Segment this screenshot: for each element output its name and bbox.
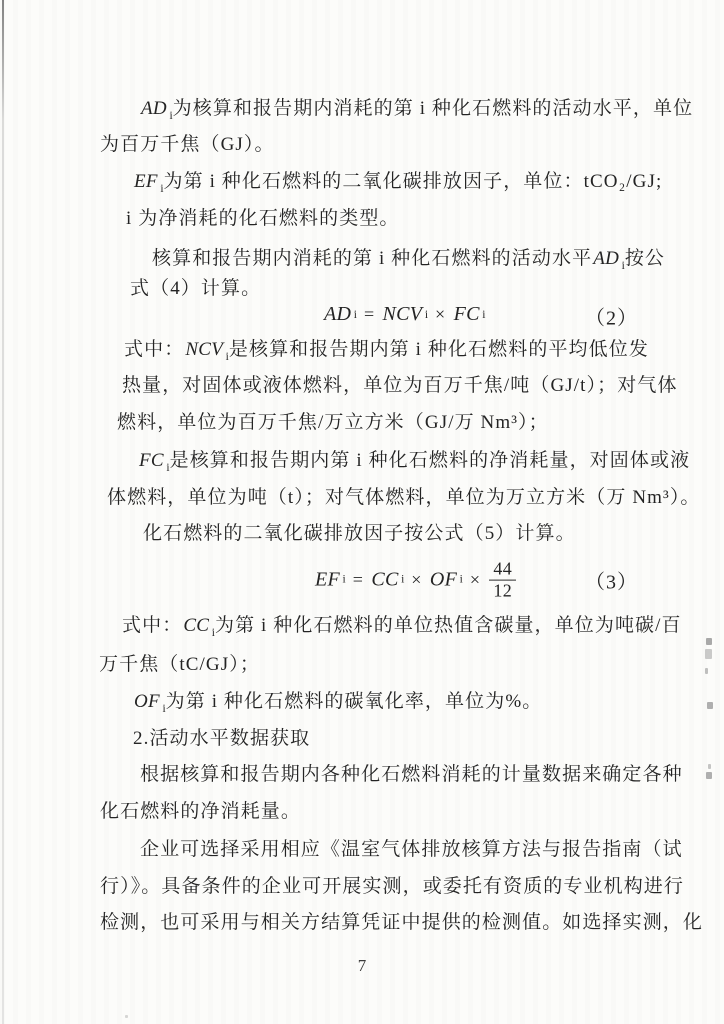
scan-artifact xyxy=(708,764,711,769)
variable-of: OF xyxy=(134,691,160,712)
formula-activity-level: ADi=NCVi×FCi （2） xyxy=(0,303,724,329)
scan-artifact xyxy=(125,1015,128,1018)
section-heading-activity-data: 2.活动水平数据获取 xyxy=(133,727,310,751)
formula-emission-factor: EFi=CCi×OFi×4412 （3） xyxy=(0,552,724,608)
equation-number-2: （2） xyxy=(585,302,638,331)
text-line-enterprise-1: 企业可选择采用相应《温室气体排放核算方法与报告指南（试 xyxy=(140,838,683,862)
variable-ad: AD xyxy=(141,98,167,119)
text-line-of: OFi为第 i 种化石燃料的碳氧化率，单位为%。 xyxy=(133,690,542,714)
text-line-ad-formula-intro: 核算和报告期内消耗的第 i 种化石燃料的活动水平ADi按公 xyxy=(152,247,665,271)
equation-number-3: （3） xyxy=(585,566,638,595)
text-line-ad-formula-intro-2: 式（4）计算。 xyxy=(130,277,261,301)
scan-artifact xyxy=(706,638,712,645)
text-line-enterprise-2: 行）》。具备条件的企业可开展实测，或委托有资质的专业机构进行 xyxy=(100,875,684,899)
text-line-data-2: 化石燃料的净消耗量。 xyxy=(100,800,301,824)
text-line-ef-definition: EFi为第 i 种化石燃料的二氧化碳排放因子，单位：tCO₂/GJ; xyxy=(133,170,662,194)
variable-ad: AD xyxy=(593,248,619,269)
text-line-cc-1: 式中：CCi为第 i 种化石燃料的单位热值含碳量，单位为吨碳/百 xyxy=(122,614,682,638)
text-line-enterprise-3: 检测，也可采用与相关方结算凭证中提供的检测值。如选择实测，化 xyxy=(100,911,703,935)
scan-artifact xyxy=(705,649,712,659)
text-line-ad-definition-2: 为百万千焦（GJ）。 xyxy=(100,133,275,157)
page-number: 7 xyxy=(0,956,724,976)
scan-artifact xyxy=(705,668,708,674)
variable-cc: CC xyxy=(183,615,209,636)
text-line-ad-definition: ADi为核算和报告期内消耗的第 i 种化石燃料的活动水平，单位 xyxy=(140,97,693,121)
text-line-ncv-1: 式中：NCVi是核算和报告期内第 i 种化石燃料的平均低位发 xyxy=(124,338,649,362)
text-line-ncv-2: 热量，对固体或液体燃料，单位为百万千焦/吨（GJ/t）；对气体 xyxy=(122,374,678,398)
text-line-i-definition: i 为净消耗的化石燃料的类型。 xyxy=(126,207,400,231)
variable-fc: FC xyxy=(139,450,164,471)
variable-ncv: NCV xyxy=(185,339,223,360)
scan-artifact xyxy=(706,772,712,779)
text-line-cc-2: 万千焦（tC/GJ）； xyxy=(99,653,260,677)
fraction-44-12: 4412 xyxy=(489,560,516,601)
text-line-ef-formula-intro: 化石燃料的二氧化碳排放因子按公式（5）计算。 xyxy=(143,522,576,546)
text-line-fc-1: FCi是核算和报告期内第 i 种化石燃料的净消耗量，对固体或液 xyxy=(138,449,690,473)
variable-ef: EF xyxy=(134,171,158,192)
scan-edge-line xyxy=(2,0,4,1024)
text-line-ncv-3: 燃料，单位为百万千焦/万立方米（GJ/万 Nm³）； xyxy=(117,411,549,435)
scan-artifact xyxy=(707,702,713,709)
text-line-data-1: 根据核算和报告期内各种化石燃料消耗的计量数据来确定各种 xyxy=(140,763,683,787)
scanned-document-page: ADi为核算和报告期内消耗的第 i 种化石燃料的活动水平，单位 为百万千焦（GJ… xyxy=(0,0,724,1024)
text-line-fc-2: 体燃料，单位为吨（t）；对气体燃料，单位为万立方米（万 Nm³）。 xyxy=(107,486,701,510)
